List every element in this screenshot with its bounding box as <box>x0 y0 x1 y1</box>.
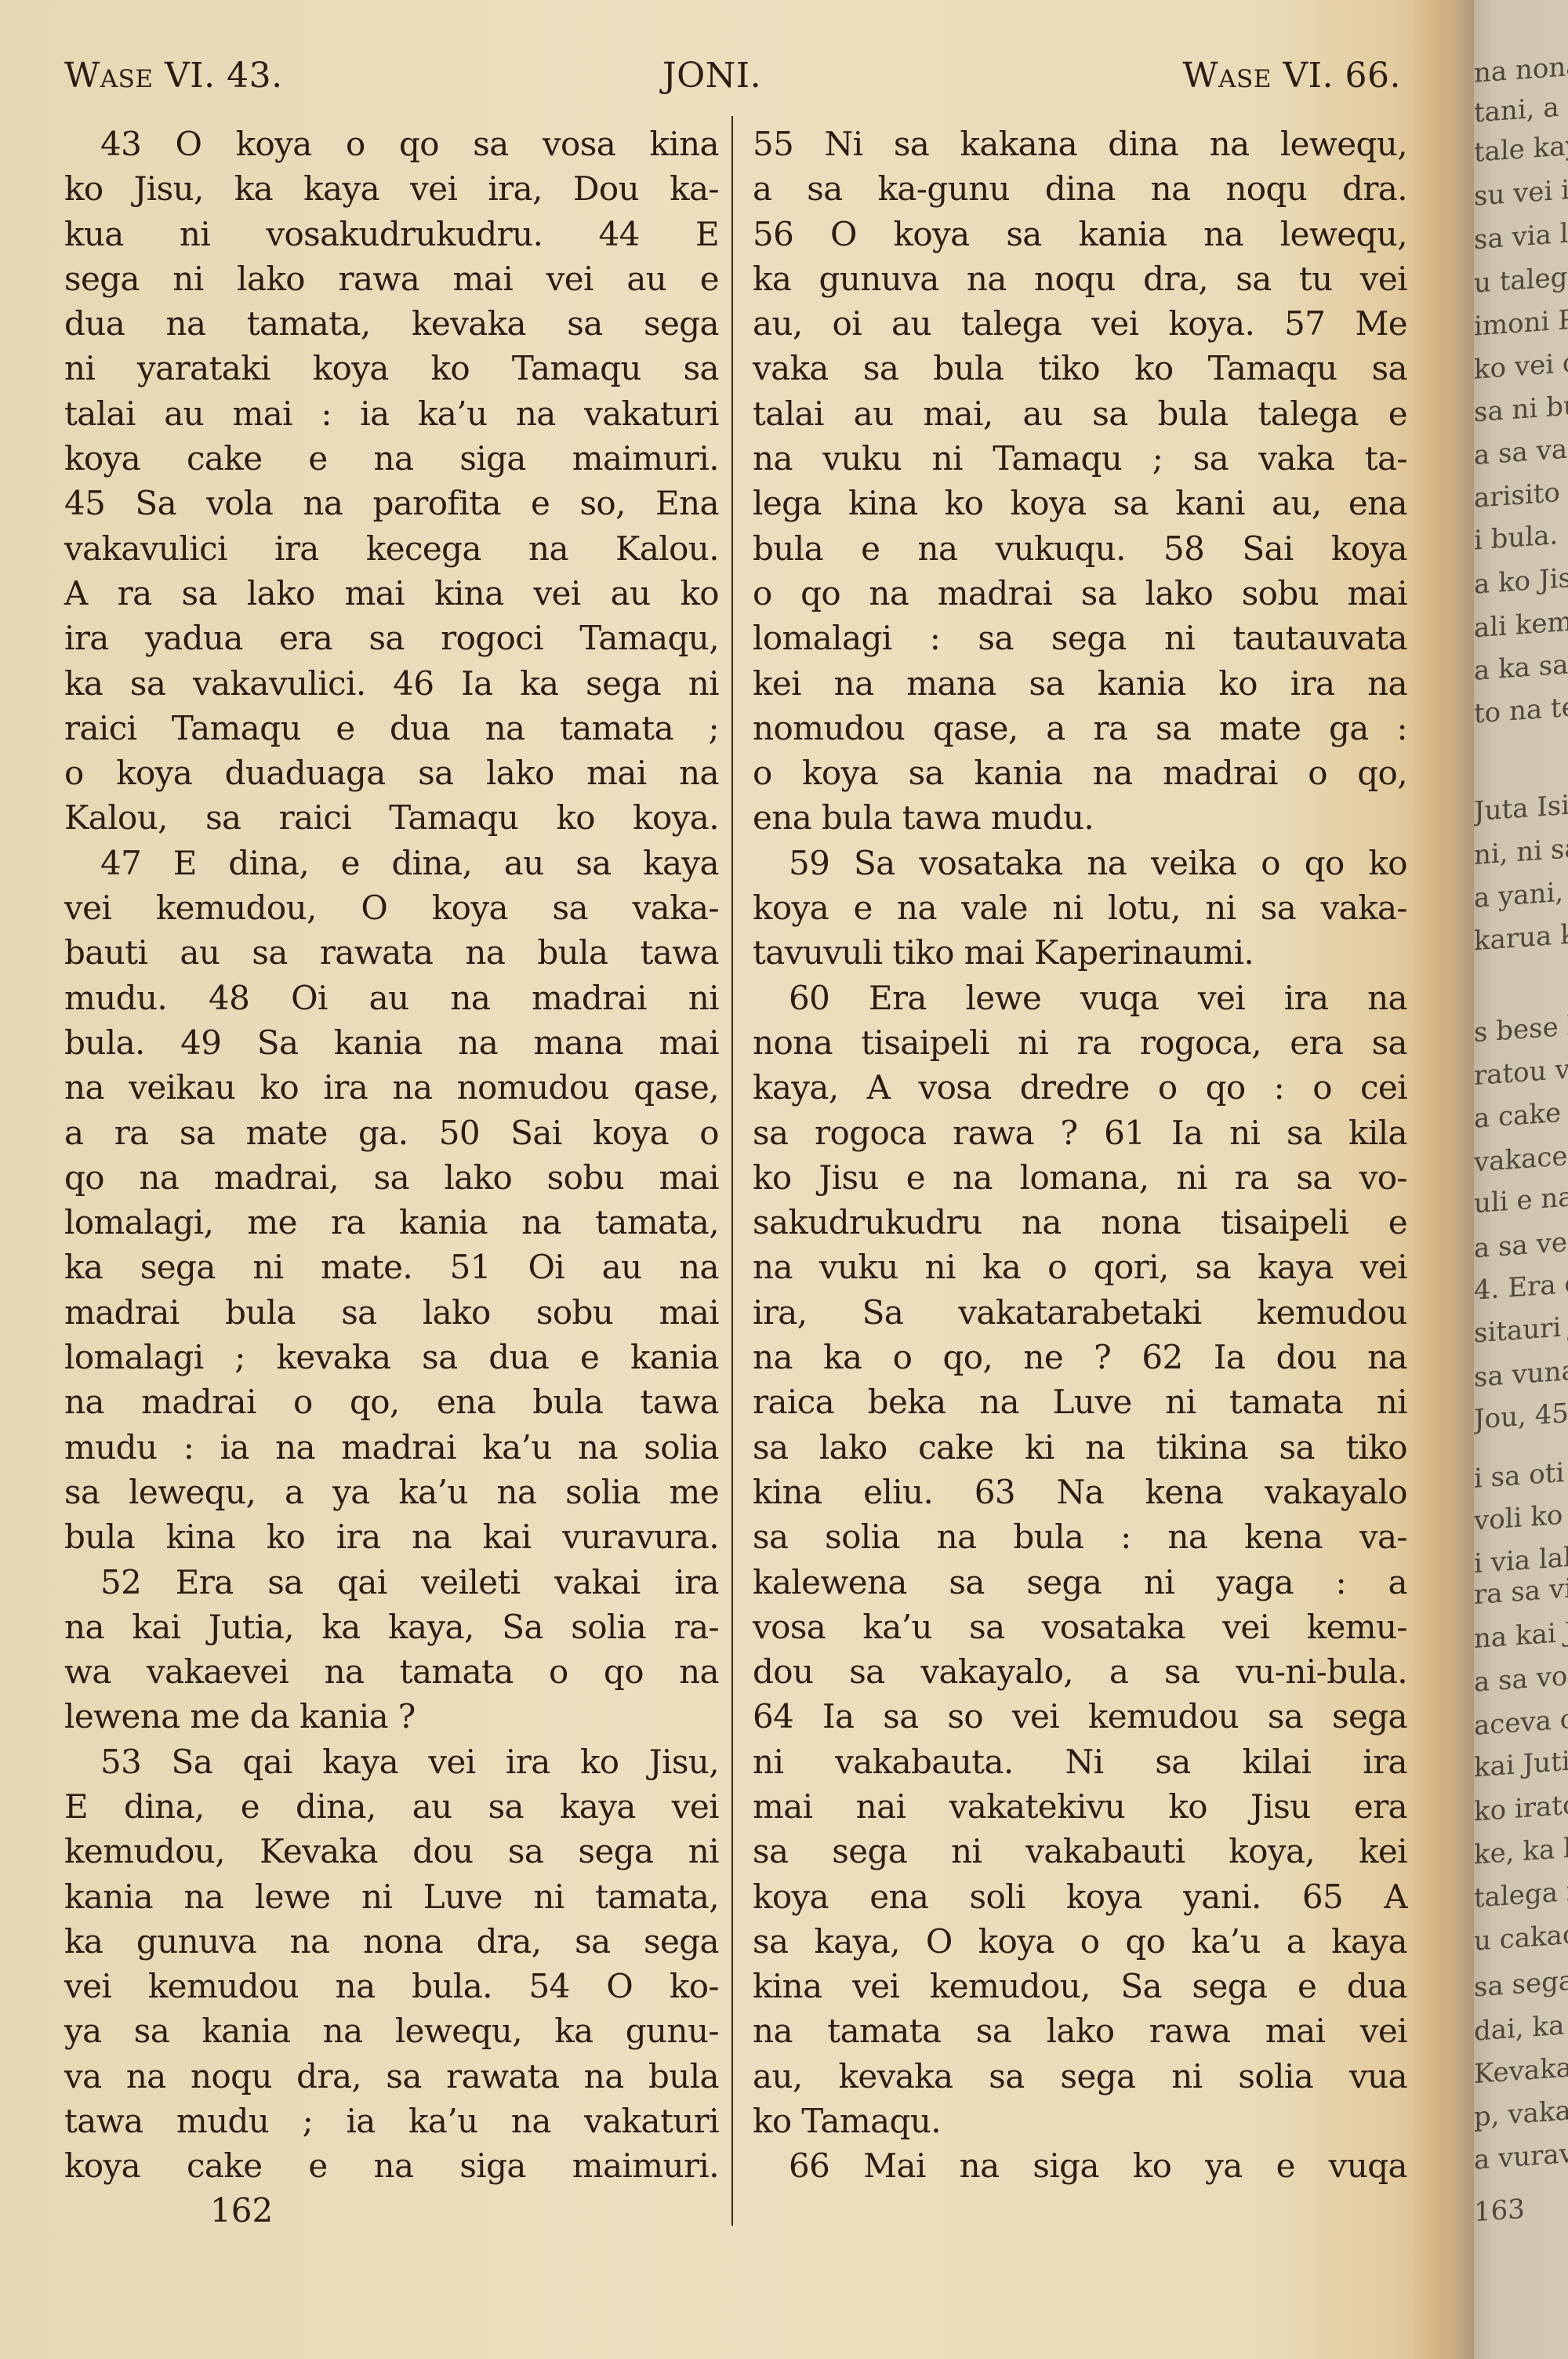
text-line: kania na lewe ni Luve ni tamata, <box>64 1874 719 1919</box>
adjacent-page-text-fragment: voli ko Jis <box>1474 1497 1568 1536</box>
text-line: ko Jisu e na lomana, ni ra sa vo- <box>753 1155 1407 1200</box>
text-line: 45 Sa vola na parofita e so, Ena <box>64 481 719 525</box>
adjacent-page-text-fragment: ko vei cei ? s <box>1474 343 1568 384</box>
adjacent-page-text-fragment: ra sa via <box>1474 1572 1568 1610</box>
text-line: kemudou, Kevaka dou sa sega ni <box>64 1829 719 1874</box>
adjacent-page-text-fragment: su vei irato <box>1474 171 1568 211</box>
text-line: na madrai o qo, ena bula tawa <box>64 1379 719 1424</box>
text-line: sakudrukudru na nona tisaipeli e <box>753 1200 1407 1245</box>
text-line: nomudou qase, a ra sa mate ga : <box>753 706 1407 751</box>
text-line: kina eliu. 63 Na kena vakayalo <box>753 1470 1407 1514</box>
text-line: na veikau ko ira na nomudou qase, <box>64 1065 719 1110</box>
adjacent-page-text-fragment: a vuravur <box>1474 2136 1568 2175</box>
adjacent-page-text-fragment: sa sega e <box>1474 1964 1568 2002</box>
text-line: E dina, e dina, au sa kaya vei <box>64 1784 719 1829</box>
text-line: vaka sa bula tiko ko Tamaqu sa <box>753 346 1407 391</box>
text-line: na vuku ni ka o qori, sa kaya vei <box>753 1245 1407 1289</box>
text-line: dua na tamata, kevaka sa sega <box>64 301 719 346</box>
adjacent-page-text-fragment: Kevaka ko <box>1474 2050 1568 2089</box>
adjacent-page-text-fragment: imoni Petero <box>1474 300 1568 341</box>
adjacent-page-text-fragment: ali kemudou <box>1474 602 1568 644</box>
text-line: na vuku ni Tamaqu ; sa vaka ta- <box>753 436 1407 481</box>
left-text-column: 43 O koya o qo sa vosa kinako Jisu, ka k… <box>64 122 719 2189</box>
text-line: raica beka na Luve ni tamata ni <box>753 1379 1407 1424</box>
text-line: koya e na vale ni lotu, ni sa vaka- <box>753 885 1407 930</box>
text-line: raici Tamaqu e dua na tamata ; <box>64 706 719 751</box>
header-book-title: JONI. <box>662 49 761 104</box>
text-line: ni vakabauta. Ni sa kilai ira <box>753 1739 1407 1784</box>
text-line: o koya sa kania na madrai o qo, <box>753 751 1407 795</box>
adjacent-page-text-fragment: ni, ni sai ko <box>1474 830 1568 871</box>
text-line: koya cake e na siga maimuri. <box>64 2143 719 2188</box>
header-left-cap: W <box>64 56 100 96</box>
adjacent-page-text-fragment: na nona <box>1474 51 1568 89</box>
text-line: lewena me da kania ? <box>64 1694 719 1739</box>
text-line: tawa mudu ; ia ka’u na vakaturi <box>64 2099 719 2143</box>
text-line: 52 Era sa qai veileti vakai ira <box>64 1560 719 1605</box>
text-line: ka sa vakavulici. 46 Ia ka sega ni <box>64 661 719 706</box>
text-line: kaya, A vosa dredre o qo : o cei <box>753 1065 1407 1110</box>
header-left-rest: VI. 43. <box>154 56 283 96</box>
adjacent-page-text-fragment: a sa veiletitak <box>1474 1221 1568 1264</box>
text-line: na kai Jutia, ka kaya, Sa solia ra- <box>64 1605 719 1649</box>
text-line: wa vakaevei na tamata o qo na <box>64 1649 719 1694</box>
text-line: tavuvuli tiko mai Kaperinaumi. <box>753 930 1407 975</box>
text-line: 47 E dina, e dina, au sa kaya <box>64 841 719 885</box>
column-divider <box>731 116 733 2226</box>
text-line: kina vei kemudou, Sa sega e dua <box>753 1964 1407 2008</box>
adjacent-page-text-fragment: ko iratou n <box>1474 1787 1568 1826</box>
adjacent-page-text-fragment: u cakacaka <box>1474 1916 1568 1957</box>
text-line: sa sega ni vakabauti koya, kei <box>753 1829 1407 1874</box>
text-line: kei na mana sa kania ko ira na <box>753 661 1407 706</box>
text-line: vakavulici ira kecega na Kalou. <box>64 526 719 571</box>
text-line: 59 Sa vosataka na veika o qo ko <box>753 841 1407 885</box>
text-line: sa rogoca rawa ? 61 Ia ni sa kila <box>753 1110 1407 1155</box>
text-line: mudu. 48 Oi au na madrai ni <box>64 976 719 1020</box>
text-line: lomalagi ; kevaka sa dua e kania <box>64 1335 719 1379</box>
text-line: a ra sa mate ga. 50 Sai koya o <box>64 1110 719 1155</box>
text-line: bauti au sa rawata na bula tawa <box>64 930 719 975</box>
text-line: sa lako cake ki na tikina sa tiko <box>753 1425 1407 1470</box>
text-line: na tamata sa lako rawa mai vei <box>753 2008 1407 2053</box>
text-line: mudu : ia na madrai ka’u na solia <box>64 1425 719 1470</box>
text-line: ka sega ni mate. 51 Oi au na <box>64 1245 719 1289</box>
adjacent-page-text-fragment: aceva ceva, <box>1474 1700 1568 1741</box>
text-line: 53 Sa qai kaya vei ira ko Jisu, <box>64 1739 719 1784</box>
text-line: lomalagi : sa sega ni tautauvata <box>753 616 1407 660</box>
book-page: Wase VI. 43. JONI. Wase VI. 66. 43 O koy… <box>0 0 1411 2359</box>
text-line: sa lewequ, a ya ka’u na solia me <box>64 1470 719 1514</box>
text-line: 64 Ia sa so vei kemudou sa sega <box>753 1694 1407 1739</box>
adjacent-page-text-fragment: Juta Isikar <box>1474 787 1568 827</box>
header-right-reference: Wase VI. 66. <box>1182 49 1401 104</box>
adjacent-page-text-fragment: tale kaya. <box>1474 129 1568 168</box>
text-line: ka gunuva na noqu dra, sa tu vei <box>753 256 1407 301</box>
text-line: talai au mai, au sa bula talega e <box>753 391 1407 436</box>
text-line: ira yadua era sa rogoci Tamaqu, <box>64 616 719 660</box>
adjacent-page-text-fragment: vakaceraceva, <box>1474 1134 1568 1177</box>
adjacent-page-text-fragment: sitauri Jisu <box>1474 1308 1568 1348</box>
text-line: o koya duaduaga sa lako mai na <box>64 751 719 795</box>
text-line: vosa ka’u sa vosataka vei kemu- <box>753 1605 1407 1649</box>
adjacent-page-text-fragment: Jou, 45-53. <box>1474 1394 1568 1434</box>
text-line: 66 Mai na siga ko ya e vuqa <box>753 2143 1407 2188</box>
text-line: A ra sa lako mai kina vei au ko <box>64 571 719 616</box>
text-line: dou sa vakayalo, a sa vu-ni-bula. <box>753 1649 1407 1694</box>
header-right-smallcaps: ase <box>1218 56 1272 96</box>
text-line: vei kemudou na bula. 54 O ko- <box>64 1964 719 2008</box>
text-line: Kalou, sa raici Tamaqu ko koya. <box>64 795 719 840</box>
text-line: o qo na madrai sa lako sobu mai <box>753 571 1407 616</box>
text-line: ka gunuva na nona dra, sa sega <box>64 1919 719 1964</box>
adjacent-page-text-fragment: p, vakarai <box>1474 2093 1568 2132</box>
text-line: madrai bula sa lako sobu mai <box>64 1290 719 1335</box>
text-line: ya sa kania na lewequ, ka gunu- <box>64 2008 719 2053</box>
text-line: kua ni vosakudrukudru. 44 E <box>64 212 719 256</box>
adjacent-page-edge: na nonatani, a ratale kaya.su vei iratos… <box>1474 0 1568 2359</box>
text-line: ko Jisu, ka kaya vei ira, Dou ka- <box>64 166 719 211</box>
text-line: nona tisaipeli ni ra rogoca, era sa <box>753 1020 1407 1065</box>
adjacent-page-text-fragment: ke, ka lako <box>1474 1830 1568 1870</box>
adjacent-page-text-fragment: kai Jutia. <box>1474 1745 1568 1783</box>
adjacent-page-text-fragment: ratou vosa ne <box>1474 1049 1568 1091</box>
text-line: sa kaya, O koya o qo ka’u a kaya <box>753 1919 1407 1964</box>
text-line: ira, Sa vakatarabetaki kemudou <box>753 1290 1407 1335</box>
page-number: 162 <box>210 2188 273 2233</box>
text-line: lega kina ko koya sa kani au, ena <box>753 481 1407 525</box>
adjacent-page-text-fragment: sa ni bula ta <box>1474 387 1568 428</box>
adjacent-page-text-fragment: u talega ? 68 <box>1474 256 1568 299</box>
text-line: talai au mai : ia ka’u na vakaturi <box>64 391 719 436</box>
text-line: na ka o qo, ne ? 62 Ia dou na <box>753 1335 1407 1379</box>
text-line: ni yarataki koya ko Tamaqu sa <box>64 346 719 391</box>
text-line: bula kina ko ira na kai vuravura. <box>64 1514 719 1559</box>
text-line: ko Tamaqu. <box>753 2099 1407 2143</box>
adjacent-page-text-fragment: i bula. 70 <box>1474 517 1568 555</box>
text-line: va na noqu dra, sa rawata na bula <box>64 2054 719 2099</box>
text-line: qo na madrai, sa lako sobu mai <box>64 1155 719 1200</box>
text-line: vei kemudou, O koya sa vaka- <box>64 885 719 930</box>
adjacent-page-text-fragment: a yani, a sa <box>1474 873 1568 914</box>
adjacent-page-text-fragment: karua ko k <box>1474 917 1568 957</box>
adjacent-page-text-fragment: arisito ko il <box>1474 473 1568 514</box>
header-left-smallcaps: ase <box>100 56 154 96</box>
adjacent-page-text-fragment: dai, ka kita <box>1474 2006 1568 2046</box>
text-line: bula e na vukuqu. 58 Sai koya <box>753 526 1407 571</box>
adjacent-page-text-fragment: to na tevor <box>1474 689 1568 729</box>
text-line: koya ena soli koya yani. 65 A <box>753 1874 1407 1919</box>
adjacent-page-text-fragment: na kai Juti <box>1474 1615 1568 1654</box>
adjacent-page-text-fragment: sa vunauci N <box>1474 1350 1568 1393</box>
adjacent-page-text-fragment: a sa voleka <box>1474 1657 1568 1697</box>
text-line: au, kevaka sa sega ni solia vua <box>753 2054 1407 2099</box>
right-text-column: 55 Ni sa kakana dina na lewequ,a sa ka-g… <box>753 122 1407 2189</box>
text-line: 55 Ni sa kakana dina na lewequ, <box>753 122 1407 166</box>
adjacent-page-text-fragment: sa via lako t <box>1474 214 1568 255</box>
text-line: sega ni lako rawa mai vei au e <box>64 256 719 301</box>
text-line: bula. 49 Sa kania na mana mai <box>64 1020 719 1065</box>
header-left-reference: Wase VI. 43. <box>64 49 283 104</box>
text-line: 56 O koya sa kania na lewequ, <box>753 212 1407 256</box>
text-line: 60 Era lewe vuqa vei ira na <box>753 976 1407 1020</box>
text-line: lomalagi, me ra kania na tamata, <box>64 1200 719 1245</box>
adjacent-page-text-fragment: s bese ko Jisu <box>1474 1005 1568 1048</box>
adjacent-page-text-fragment: a cake e Kali <box>1474 1092 1568 1133</box>
text-line: au, oi au talega vei koya. 57 Me <box>753 301 1407 346</box>
running-header: Wase VI. 43. JONI. Wase VI. 66. <box>64 49 1401 104</box>
adjacent-page-text-fragment: a sa vakaba <box>1474 430 1568 471</box>
header-right-cap: W <box>1182 56 1218 96</box>
text-line: 43 O koya o qo sa vosa kina <box>64 122 719 166</box>
adjacent-page-text-fragment: i sa oti na v <box>1474 1453 1568 1494</box>
adjacent-page-text-fragment: uli e na va <box>1474 1179 1568 1219</box>
text-line: a sa ka-gunu dina na noqu dra. <box>753 166 1407 211</box>
adjacent-page-text-fragment: a ka sa dua <box>1474 645 1568 686</box>
text-line: ena bula tawa mudu. <box>753 795 1407 840</box>
text-line: sa solia na bula : na kena va- <box>753 1514 1407 1559</box>
header-right-rest: VI. 66. <box>1272 56 1401 96</box>
text-line: koya cake e na siga maimuri. <box>64 436 719 481</box>
text-line: mai nai vakatekivu ko Jisu era <box>753 1784 1407 1829</box>
adjacent-page-text-fragment: 4. Era cudr <box>1474 1265 1568 1306</box>
adjacent-page-text-fragment: a ko Jisu, A <box>1474 559 1568 599</box>
adjacent-page-text-fragment: talega na n <box>1474 1873 1568 1913</box>
adjacent-page-text-fragment: tani, a ra <box>1474 90 1568 129</box>
page-curve-shadow <box>1396 0 1474 2359</box>
text-line: kalewena sa sega ni yaga : a <box>753 1560 1407 1605</box>
adjacent-page-text-fragment: 163 <box>1474 2194 1525 2228</box>
